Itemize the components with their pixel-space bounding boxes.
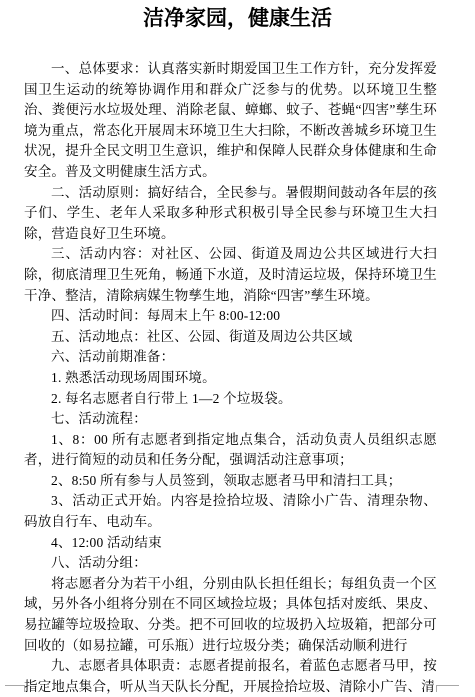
document-body: 一、总体要求：认真落实新时期爱国卫生工作方针，充分发挥爱国卫生运动的统筹协调作用… <box>24 59 437 697</box>
paragraph-process-heading: 七、活动流程： <box>24 409 437 430</box>
paragraph-process-step-2: 2、8:50 所有参与人员签到，领取志愿者马甲和清扫工具； <box>24 471 437 492</box>
paragraph-volunteer-duties: 九、志愿者具体职责：志愿者提前报名，着蓝色志愿者马甲，按指定地点集合，听从当天队… <box>24 656 437 697</box>
text-boundary-mark-bottom-left <box>5 685 25 692</box>
document-page: 洁净家园，健康生活 一、总体要求：认真落实新时期爱国卫生工作方针，充分发挥爱国卫… <box>0 0 475 697</box>
document-title: 洁净家园，健康生活 <box>0 5 475 32</box>
paragraph-activity-content: 三、活动内容：对社区、公园、街道及周边公共区域进行大扫除，彻底清理卫生死角，畅通… <box>24 244 437 306</box>
paragraph-preparation-item-1: 1. 熟悉活动现场周围环境。 <box>24 368 437 389</box>
text-boundary-mark-bottom-right <box>436 685 459 692</box>
paragraph-preparation-item-2: 2. 每名志愿者自行带上 1—2 个垃圾袋。 <box>24 389 437 410</box>
paragraph-process-step-4: 4、12:00 活动结束 <box>24 533 437 554</box>
paragraph-activity-principles: 二、活动原则：搞好结合，全民参与。暑假期间鼓动各年层的孩子们、学生、老年人采取多… <box>24 183 437 245</box>
paragraph-process-step-3: 3、活动正式开始。内容是捡拾垃圾、清除小广告、清理杂物、码放自行车、电动车。 <box>24 491 437 532</box>
paragraph-activity-location: 五、活动地点：社区、公园、街道及周边公共区域 <box>24 327 437 348</box>
paragraph-grouping-heading: 八、活动分组： <box>24 553 437 574</box>
paragraph-process-step-1: 1、8：00 所有志愿者到指定地点集合，活动负责人员组织志愿者，进行简短的动员和… <box>24 430 437 471</box>
paragraph-preparation-heading: 六、活动前期准备： <box>24 347 437 368</box>
paragraph-overall-requirements: 一、总体要求：认真落实新时期爱国卫生工作方针，充分发挥爱国卫生运动的统筹协调作用… <box>24 59 437 183</box>
paragraph-grouping-detail: 将志愿者分为若干小组，分别由队长担任组长；每组负责一个区域，另外各小组将分别在不… <box>24 574 437 656</box>
paragraph-activity-time: 四、活动时间：每周末上午 8:00-12:00 <box>24 306 437 327</box>
